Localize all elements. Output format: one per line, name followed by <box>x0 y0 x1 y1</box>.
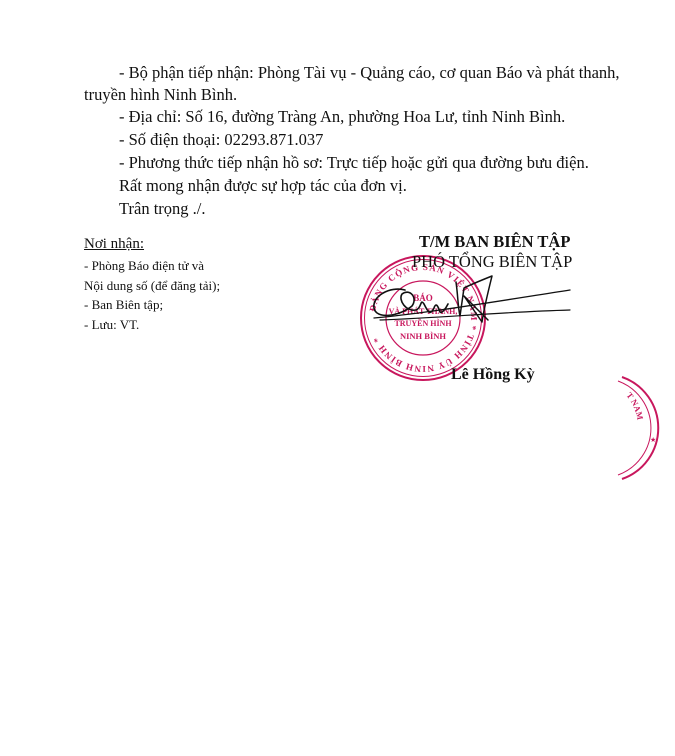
address-line: - Địa chỉ: Số 16, đường Tràng An, phường… <box>119 107 565 127</box>
recipient-item: - Lưu: VT. <box>84 315 220 335</box>
receiving-department-line-2: truyền hình Ninh Bình. <box>84 85 237 105</box>
signer-name: Lê Hồng Kỳ <box>451 366 535 384</box>
recipients-title: Nơi nhận: <box>84 234 220 254</box>
signature-on-behalf: T/M BAN BIÊN TẬP <box>419 232 570 252</box>
receiving-department-line-1: - Bộ phận tiếp nhận: Phòng Tài vụ - Quản… <box>119 63 620 83</box>
recipient-item: - Ban Biên tập; <box>84 295 220 315</box>
svg-text:T NAM: T NAM <box>624 390 645 421</box>
handwritten-signature <box>360 268 580 338</box>
phone-line: - Số điện thoại: 02293.871.037 <box>119 130 323 150</box>
submission-method-line: - Phương thức tiếp nhận hồ sơ: Trực tiếp… <box>119 153 589 173</box>
recipient-item: Nội dung số (để đăng tải); <box>84 276 220 296</box>
recipient-item: - Phòng Báo điện tử và <box>84 256 220 276</box>
partial-seal-stamp: T NAM ★ <box>600 375 675 480</box>
seal-star-icon: ★ <box>650 436 656 444</box>
partial-seal-text: T NAM <box>624 390 645 421</box>
recipients-block: Nơi nhận: - Phòng Báo điện tử và Nội dun… <box>84 234 220 334</box>
regards-line: Trân trọng ./. <box>119 199 205 219</box>
cooperation-line: Rất mong nhận được sự hợp tác của đơn vị… <box>119 176 407 196</box>
